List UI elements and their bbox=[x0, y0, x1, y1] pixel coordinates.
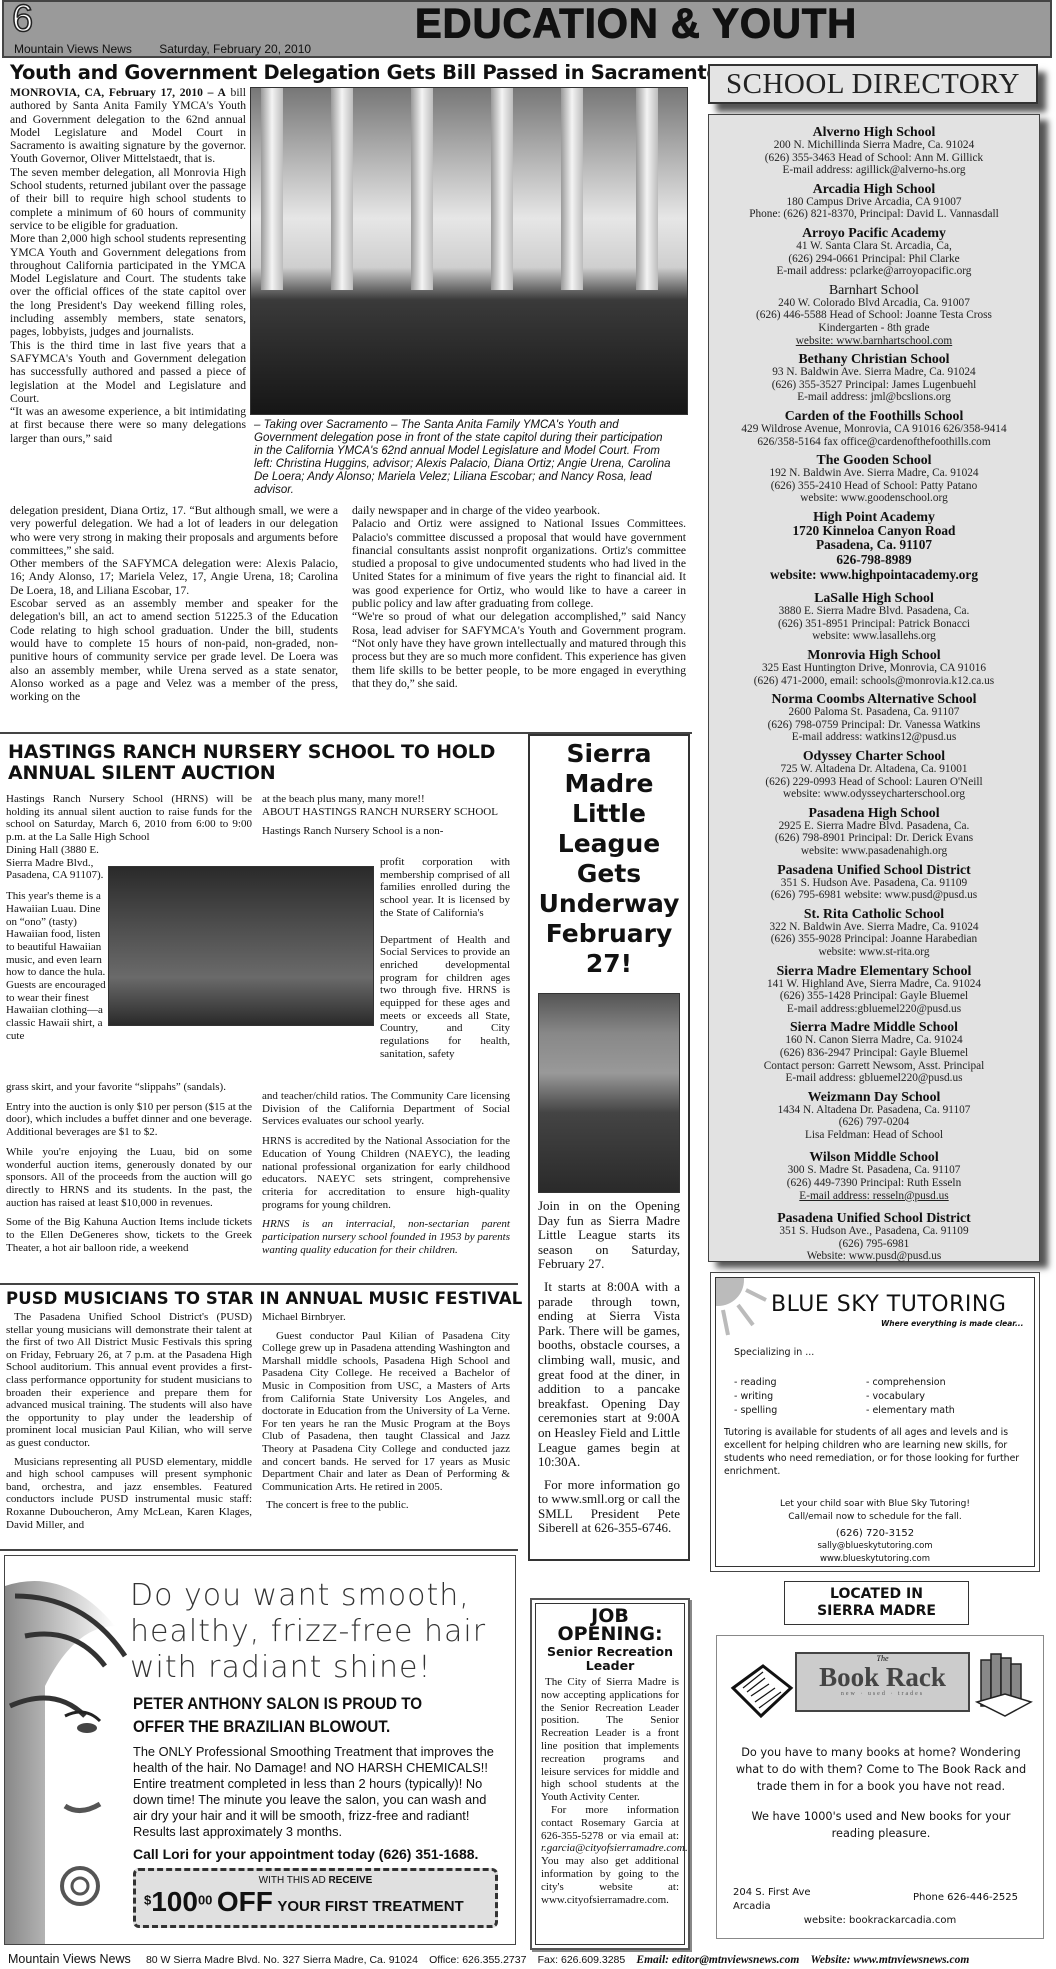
job-contact-email[interactable]: r.garcia@cityofsierramadre.com bbox=[541, 1842, 685, 1854]
job-description: The City of Sierra Madre is now acceptin… bbox=[541, 1676, 679, 1906]
school-detail: 141 W. Highland Ave, Sierra Madre, Ca. 9… bbox=[709, 978, 1039, 991]
school-name: Arroyo Pacific Academy bbox=[709, 225, 1039, 240]
school-entry: High Point Academy1720 Kinneloa Canyon R… bbox=[709, 509, 1039, 582]
tutoring-ad: BLUE SKY TUTORING Where everything is ma… bbox=[710, 1272, 1040, 1572]
salon-headline: PETER ANTHONY SALON IS PROUD TO OFFER TH… bbox=[133, 1693, 422, 1739]
school-detail: Lisa Feldman: Head of School bbox=[709, 1129, 1039, 1142]
footer-fax: Fax: 626.609.3285 bbox=[538, 1954, 626, 1966]
footer-paper-name: Mountain Views News bbox=[8, 1952, 131, 1966]
school-detail: Contact person: Garrett Newsom, Asst. Pr… bbox=[709, 1060, 1039, 1073]
school-detail: 3880 E. Sierra Madre Blvd. Pasadena, Ca. bbox=[709, 605, 1039, 618]
school-name: Pasadena Unified School District bbox=[709, 862, 1039, 877]
school-contact-link[interactable]: (626) 471-2000, email: schools@monrovia.… bbox=[709, 675, 1039, 688]
school-entry: Norma Coombs Alternative School2600 Palo… bbox=[709, 691, 1039, 744]
school-name: Bethany Christian School bbox=[709, 351, 1039, 366]
ymca-dateline: MONROVIA, CA, February 17, 2010 – A bbox=[10, 86, 226, 99]
school-entry: St. Rita Catholic School322 N. Baldwin A… bbox=[709, 906, 1039, 959]
school-detail: 41 W. Santa Clara St. Arcadia, Ca, bbox=[709, 240, 1039, 253]
footer-address: 80 W Sierra Madre Blvd. No. 327 Sierra M… bbox=[146, 1954, 418, 1966]
school-directory: Alverno High School200 N. Michillinda Si… bbox=[708, 114, 1040, 1262]
ymca-photo-caption: – Taking over Sacramento – The Santa Ani… bbox=[254, 419, 674, 497]
school-entry: Wilson Middle School300 S. Madre St. Pas… bbox=[709, 1149, 1039, 1202]
pusd-column-1: The Pasadena Unified School District's (… bbox=[6, 1311, 252, 1531]
hrns-group-photo bbox=[108, 866, 374, 1026]
school-detail: 2925 E. Sierra Madre Blvd. Pasadena, Ca. bbox=[709, 820, 1039, 833]
school-name: LaSalle High School bbox=[709, 590, 1039, 605]
school-entry: Sierra Madre Elementary School141 W. Hig… bbox=[709, 963, 1039, 1016]
woman-illustration-icon bbox=[5, 1566, 145, 1945]
school-detail: (626) 229-0993 Head of School: Lauren O'… bbox=[709, 776, 1039, 789]
school-detail: (626) 355-1428 Principal: Gayle Bluemel bbox=[709, 990, 1039, 1003]
job-opening-title: JOB OPENING: bbox=[541, 1607, 679, 1643]
school-detail: (626) 446-5588 Head of School: Joanne Te… bbox=[709, 309, 1039, 322]
hrns-col1-narrow: Dining Hall (3880 E. Sierra Madre Blvd.,… bbox=[6, 844, 106, 1043]
school-entry: Alverno High School200 N. Michillinda Si… bbox=[709, 124, 1039, 177]
bookrack-body: Do you have to many books at home? Wonde… bbox=[727, 1744, 1035, 1842]
school-detail: 322 N. Baldwin Ave. Sierra Madre, Ca. 91… bbox=[709, 921, 1039, 934]
school-entry: Sierra Madre Middle School160 N. Canon S… bbox=[709, 1019, 1039, 1084]
school-detail: 626-798-8989 bbox=[709, 553, 1039, 568]
tutoring-tagline: Where everything is made clear... bbox=[881, 1319, 1024, 1328]
school-name: Monrovia High School bbox=[709, 647, 1039, 662]
issue-date: Saturday, February 20, 2010 bbox=[159, 42, 311, 56]
school-detail: 160 N. Canon Sierra Madre, Ca. 91024 bbox=[709, 1034, 1039, 1047]
paper-name: Mountain Views News bbox=[14, 42, 132, 56]
tutoring-phone: (626) 720-3152 bbox=[716, 1527, 1034, 1540]
school-detail: (626) 355-2410 Head of School: Patty Pat… bbox=[709, 480, 1039, 493]
pusd-headline: PUSD MUSICIANS TO STAR IN ANNUAL MUSIC F… bbox=[6, 1289, 522, 1308]
school-entry: Barnhart School240 W. Colorado Blvd Arca… bbox=[709, 282, 1039, 347]
school-contact-link[interactable]: website: www.odysseycharterschool.org bbox=[709, 788, 1039, 801]
school-detail: Phone: (626) 821-8370, Principal: David … bbox=[709, 208, 1039, 221]
school-detail: 93 N. Baldwin Ave. Sierra Madre, Ca. 910… bbox=[709, 366, 1039, 379]
hrns-col2-bottom: and teacher/child ratios. The Community … bbox=[262, 1090, 510, 1256]
school-contact-link[interactable]: website: www.st-rita.org bbox=[709, 946, 1039, 959]
school-name: Odyssey Charter School bbox=[709, 748, 1039, 763]
section-divider bbox=[0, 1283, 518, 1285]
capitol-delegation-photo bbox=[250, 87, 688, 415]
school-contact-link[interactable]: E-mail address: gbluemel220@pusd.us bbox=[709, 1072, 1039, 1085]
school-entry: Pasadena Unified School District351 S. H… bbox=[709, 862, 1039, 902]
school-detail: 351 S. Hudson Ave. Pasadena, Ca. 91109 bbox=[709, 877, 1039, 890]
pusd-column-2: Michael Birnbryer. Guest conductor Paul … bbox=[262, 1311, 510, 1512]
school-name: Wilson Middle School bbox=[709, 1149, 1039, 1164]
school-name: Pasadena High School bbox=[709, 805, 1039, 820]
school-entry: Arroyo Pacific Academy41 W. Santa Clara … bbox=[709, 225, 1039, 278]
coupon-amount: 100 bbox=[151, 1886, 198, 1917]
footer-office-phone: Office: 626.355.2737 bbox=[429, 1954, 526, 1966]
hrns-col2-narrow: profit corporation with membership compr… bbox=[380, 856, 510, 1061]
school-detail: (626) 836-2947 Principal: Gayle Bluemel bbox=[709, 1047, 1039, 1060]
school-detail: 351 S. Hudson Ave., Pasadena, Ca. 91109 bbox=[709, 1225, 1039, 1238]
school-directory-title: SCHOOL DIRECTORY bbox=[708, 64, 1038, 104]
school-contact-link[interactable]: website: www.pasadenahigh.org bbox=[709, 845, 1039, 858]
school-detail: (626) 798-8901 Principal: Dr. Derick Eva… bbox=[709, 832, 1039, 845]
school-contact-link[interactable]: (626) 795-6981 website: www.pusd@pusd.us bbox=[709, 889, 1039, 902]
school-detail: 725 W. Altadena Dr. Altadena, Ca. 91001 bbox=[709, 763, 1039, 776]
school-name: Weizmann Day School bbox=[709, 1089, 1039, 1104]
school-detail: (626) 355-3527 Principal: James Lugenbue… bbox=[709, 379, 1039, 392]
school-name: Pasadena Unified School District bbox=[709, 1210, 1039, 1225]
hrns-headline: HASTINGS RANCH NURSERY SCHOOL TO HOLD AN… bbox=[8, 742, 495, 784]
school-detail: 429 Wildrose Avenue, Monrovia, CA 91016 … bbox=[709, 423, 1039, 436]
school-detail: 1720 Kinneloa Canyon Road bbox=[709, 524, 1039, 539]
school-name: Sierra Madre Middle School bbox=[709, 1019, 1039, 1034]
school-detail: (626) 795-6981 bbox=[709, 1238, 1039, 1251]
salon-phone: Call Lori for your appointment today (62… bbox=[133, 1846, 478, 1862]
bookrack-website[interactable]: website: bookrackarcadia.com bbox=[717, 1915, 1043, 1926]
school-detail: (626) 351-8951 Principal: Patrick Bonacc… bbox=[709, 618, 1039, 631]
little-league-body: Join in on the Opening Day fun as Sierra… bbox=[538, 1199, 680, 1536]
school-name: Sierra Madre Elementary School bbox=[709, 963, 1039, 978]
ymca-column-1: MONROVIA, CA, February 17, 2010 – A bill… bbox=[10, 86, 246, 445]
bookrack-ad: The Book Rack new · used · trades Do you… bbox=[716, 1635, 1044, 1939]
tutoring-body: Tutoring is available for students of al… bbox=[724, 1426, 1034, 1478]
ymca-headline: Youth and Government Delegation Gets Bil… bbox=[10, 61, 719, 84]
school-detail: (626) 797-0204 bbox=[709, 1116, 1039, 1129]
school-name: High Point Academy bbox=[709, 509, 1039, 524]
job-title: Senior Recreation Leader bbox=[541, 1645, 679, 1673]
little-league-headline: Sierra Madre Little League Gets Underway… bbox=[530, 739, 688, 979]
school-detail: 192 N. Baldwin Ave. Sierra Madre, Ca. 91… bbox=[709, 467, 1039, 480]
school-name: Carden of the Foothills School bbox=[709, 408, 1039, 423]
page-footer: Mountain Views News 80 W Sierra Madre Bl… bbox=[8, 1952, 969, 1966]
hrns-col1-bottom: grass skirt, and your favorite “slippahs… bbox=[6, 1081, 252, 1254]
pitcher-photo bbox=[538, 993, 680, 1193]
school-name: Norma Coombs Alternative School bbox=[709, 691, 1039, 706]
school-entry: LaSalle High School3880 E. Sierra Madre … bbox=[709, 590, 1039, 643]
school-detail: (626) 449-7390 Principal: Ruth Esseln bbox=[709, 1177, 1039, 1190]
school-contact-link[interactable]: Website: www.pusd@pusd.us bbox=[709, 1250, 1039, 1263]
tutoring-location-badge: LOCATED IN SIERRA MADRE bbox=[784, 1581, 969, 1625]
school-entry: Carden of the Foothills School429 Wildro… bbox=[709, 408, 1039, 448]
school-contact-link[interactable]: 626/358-5164 fax office@cardenofthefooth… bbox=[709, 436, 1039, 449]
tutoring-subjects-right: - comprehension- vocabulary- elementary … bbox=[866, 1376, 955, 1418]
tutoring-email[interactable]: sally@blueskytutoring.com bbox=[716, 1540, 1034, 1553]
page-number: 6 bbox=[12, 0, 33, 41]
section-divider bbox=[0, 1549, 518, 1551]
school-contact-link[interactable]: website: www.lasallehs.org bbox=[709, 630, 1039, 643]
school-detail: 1434 N. Altadena Dr. Pasadena, Ca. 91107 bbox=[709, 1104, 1039, 1117]
tutoring-specializing: Specializing in ... bbox=[734, 1347, 814, 1358]
school-contact-link[interactable]: website: www.goodenschool.org bbox=[709, 492, 1039, 505]
school-contact-link[interactable]: E-mail address: jml@bcslions.org bbox=[709, 391, 1039, 404]
little-league-box: Sierra Madre Little League Gets Underway… bbox=[528, 734, 690, 1561]
school-name: The Gooden School bbox=[709, 452, 1039, 467]
open-book-icon bbox=[729, 1658, 795, 1724]
tutoring-website[interactable]: www.blueskytutoring.com bbox=[716, 1553, 1034, 1566]
footer-email[interactable]: Email: editor@mtnviewsnews.com bbox=[636, 1954, 799, 1966]
school-detail: (626) 355-3463 Head of School: Ann M. Gi… bbox=[709, 152, 1039, 165]
school-name: Barnhart School bbox=[709, 282, 1039, 297]
school-contact-link[interactable]: website: www.barnhartschool.com bbox=[709, 335, 1039, 348]
school-detail: 325 East Huntington Drive, Monrovia, CA … bbox=[709, 662, 1039, 675]
ymca-column-2: daily newspaper and in charge of the vid… bbox=[352, 504, 686, 690]
school-entry: Pasadena Unified School District351 S. H… bbox=[709, 1210, 1039, 1263]
school-name: Alverno High School bbox=[709, 124, 1039, 139]
school-entry: Monrovia High School325 East Huntington … bbox=[709, 647, 1039, 687]
school-contact-link[interactable]: E-mail address: pclarke@arroyopacific.or… bbox=[709, 265, 1039, 278]
salon-script-tagline: Do you want smooth, healthy, frizz-free … bbox=[130, 1578, 486, 1686]
school-contact-link[interactable]: E-mail address: agillick@alverno-hs.org bbox=[709, 164, 1039, 177]
bookrack-phone: Phone 626-446-2525 bbox=[913, 1892, 1018, 1903]
school-detail: 300 S. Madre St. Pasadena, Ca. 91107 bbox=[709, 1164, 1039, 1177]
school-detail: 200 N. Michillinda Sierra Madre, Ca. 910… bbox=[709, 139, 1039, 152]
tutoring-title: BLUE SKY TUTORING bbox=[771, 1292, 1006, 1317]
section-title: EDUCATION & YOUTH bbox=[415, 1, 857, 48]
school-contact-link[interactable]: website: www.highpointacademy.org bbox=[709, 568, 1039, 583]
sun-icon bbox=[715, 1277, 778, 1340]
school-entry: The Gooden School192 N. Baldwin Ave. Sie… bbox=[709, 452, 1039, 505]
school-name: St. Rita Catholic School bbox=[709, 906, 1039, 921]
bookrack-logo: The Book Rack new · used · trades bbox=[795, 1652, 970, 1712]
school-entry: Odyssey Charter School725 W. Altadena Dr… bbox=[709, 748, 1039, 801]
school-entry: Arcadia High School180 Campus Drive Arca… bbox=[709, 181, 1039, 221]
school-detail: Pasadena, Ca. 91107 bbox=[709, 538, 1039, 553]
header-info: Mountain Views News Saturday, February 2… bbox=[14, 42, 335, 56]
ymca-column-1-wide: delegation president, Diana Ortiz, 17. “… bbox=[10, 504, 338, 703]
school-detail: 180 Campus Drive Arcadia, CA 91007 bbox=[709, 196, 1039, 209]
school-entry: Weizmann Day School1434 N. Altadena Dr. … bbox=[709, 1089, 1039, 1142]
job-opening-box: JOB OPENING: Senior Recreation Leader Th… bbox=[530, 1598, 690, 1950]
footer-website[interactable]: Website: www.mtnviewsnews.com bbox=[811, 1954, 970, 1966]
school-detail: 240 W. Colorado Blvd Arcadia, Ca. 91007 bbox=[709, 297, 1039, 310]
salon-body: The ONLY Professional Smoothing Treatmen… bbox=[133, 1744, 503, 1840]
school-detail: 2600 Paloma St. Pasadena, Ca. 91107 bbox=[709, 706, 1039, 719]
school-detail: (626) 294-0661 Principal: Phil Clarke bbox=[709, 253, 1039, 266]
salon-ad: Do you want smooth, healthy, frizz-free … bbox=[4, 1555, 516, 1945]
school-contact-link[interactable]: E-mail address:gbluemel220@pusd.us bbox=[709, 1003, 1039, 1016]
school-contact-link[interactable]: E-mail address: watkins12@pusd.us bbox=[709, 731, 1039, 744]
school-detail: Kindergarten - 8th grade bbox=[709, 322, 1039, 335]
hrns-col1-top: Hastings Ranch Nursery School (HRNS) wil… bbox=[6, 793, 252, 844]
school-name: Arcadia High School bbox=[709, 181, 1039, 196]
books-stack-icon bbox=[975, 1650, 1035, 1722]
salon-coupon[interactable]: WITH THIS AD RECEIVE $10000 OFF YOUR FIR… bbox=[133, 1868, 498, 1928]
school-contact-link[interactable]: E-mail address: resseln@pusd.us bbox=[709, 1190, 1039, 1203]
school-detail: (626) 355-9028 Principal: Joanne Harabed… bbox=[709, 933, 1039, 946]
tutoring-subjects-left: - reading- writing- spelling bbox=[734, 1376, 777, 1418]
hrns-col2-top: at the beach plus many, many more!! ABOU… bbox=[262, 793, 510, 838]
bookrack-address: 204 S. First Ave Arcadia bbox=[733, 1886, 811, 1914]
school-entry: Pasadena High School2925 E. Sierra Madre… bbox=[709, 805, 1039, 858]
school-detail: (626) 798-0759 Principal: Dr. Vanessa Wa… bbox=[709, 719, 1039, 732]
tutoring-contact: Let your child soar with Blue Sky Tutori… bbox=[716, 1498, 1034, 1566]
school-entry: Bethany Christian School93 N. Baldwin Av… bbox=[709, 351, 1039, 404]
